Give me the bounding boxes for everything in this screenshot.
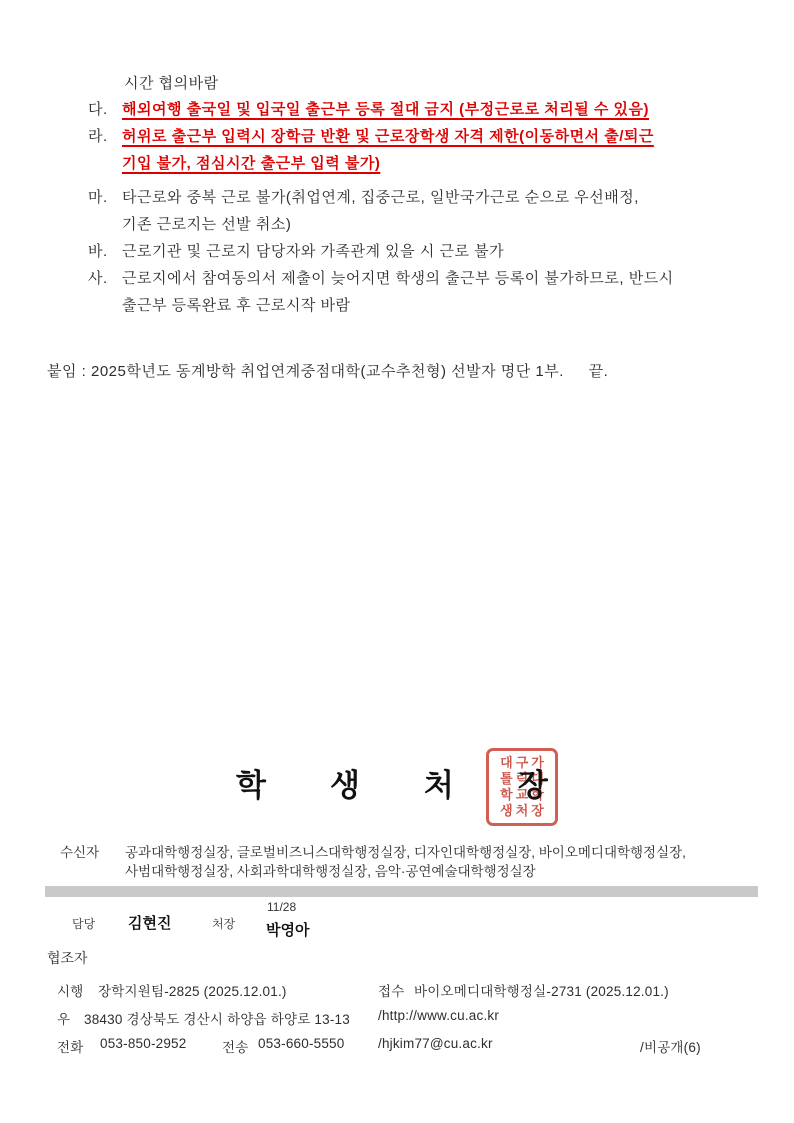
recipients-line: 공과대학행정실장, 글로벌비즈니스대학행정실장, 디자인대학행정실장, 바이오메… xyxy=(125,843,760,862)
phone-number: 053-850-2952 xyxy=(100,1036,186,1051)
signer-title-char: 장 xyxy=(518,760,548,805)
list-item-text: 출근부 등록완료 후 근로시작 바람 xyxy=(122,292,760,319)
enforce-value: 장학지원팀-2825 (2025.12.01.) xyxy=(98,980,287,1000)
list-item-text: 근로지에서 참여동의서 제출이 늦어지면 학생의 출근부 등록이 불가하므로, … xyxy=(122,265,760,292)
signer-title: 학 생 처 장 xyxy=(236,760,548,805)
fax-number: 053-660-5550 xyxy=(258,1036,344,1051)
signature-date: 11/28 xyxy=(267,900,296,914)
signer-title-char: 처 xyxy=(424,760,454,805)
enforce-label: 시행 xyxy=(57,980,83,1000)
list-item-sa: 사. 근로지에서 참여동의서 제출이 늦어지면 학생의 출근부 등록이 불가하므… xyxy=(88,265,760,319)
list-item-ma: 마. 타근로와 중복 근로 불가(취업연계, 집중근로, 일반국가근로 순으로 … xyxy=(88,184,760,238)
signer-title-char: 생 xyxy=(330,760,360,805)
list-item-da: 다. 해외여행 출국일 및 입국일 출근부 등록 절대 금지 (부정근로로 처리… xyxy=(88,96,760,123)
list-item-text: 기존 근로지는 선발 취소) xyxy=(122,211,760,238)
attachment-text: 붙임 : 2025학년도 동계방학 취업연계중점대학(교수추천형) 선발자 명단… xyxy=(47,363,564,380)
recipients-label: 수신자 xyxy=(60,843,99,862)
list-item-marker: 라. xyxy=(88,123,108,150)
email-text: /hjkim77@cu.ac.kr xyxy=(378,1036,493,1051)
fax-label: 전송 xyxy=(222,1036,248,1056)
website-text: /http://www.cu.ac.kr xyxy=(378,1008,499,1023)
list-item-marker: 마. xyxy=(88,184,108,211)
list-item-text: 해외여행 출국일 및 입국일 출근부 등록 절대 금지 (부정근로로 처리될 수… xyxy=(122,96,760,123)
list-item-ra: 라. 허위로 출근부 입력시 장학금 반환 및 근로장학생 자격 제한(이동하면… xyxy=(88,123,760,177)
seal-text-row: 생처장 xyxy=(497,803,547,819)
phone-label: 전화 xyxy=(57,1036,83,1056)
cooperator-label: 협조자 xyxy=(47,948,88,968)
list-item-marker: 다. xyxy=(88,96,108,123)
body-list: 다. 해외여행 출국일 및 입국일 출근부 등록 절대 금지 (부정근로로 처리… xyxy=(88,96,760,319)
divider-bar xyxy=(45,886,758,897)
list-item-ba: 바. 근로기관 및 근로지 담당자와 가족관계 있을 시 근로 불가 xyxy=(88,238,760,265)
list-item-text: 타근로와 중복 근로 불가(취업연계, 집중근로, 일반국가근로 순으로 우선배… xyxy=(122,184,760,211)
attachment-line: 붙임 : 2025학년도 동계방학 취업연계중점대학(교수추천형) 선발자 명단… xyxy=(47,358,608,385)
receipt-value: 바이오메디대학행정실-2731 (2025.12.01.) xyxy=(414,980,669,1000)
document-end-mark: 끝. xyxy=(589,363,609,380)
manager-label: 담당 xyxy=(72,915,95,932)
official-document-page: 시간 협의바람 다. 해외여행 출국일 및 입국일 출근부 등록 절대 금지 (… xyxy=(0,0,794,1123)
signer-title-char: 학 xyxy=(236,760,266,805)
list-item-text: 허위로 출근부 입력시 장학금 반환 및 근로장학생 자격 제한(이동하면서 출… xyxy=(122,123,760,150)
list-item-marker: 바. xyxy=(88,238,108,265)
director-signature-name: 박영아 xyxy=(266,919,309,940)
recipients-block: 수신자 공과대학행정실장, 글로벌비즈니스대학행정실장, 디자인대학행정실장, … xyxy=(60,843,760,881)
director-label: 처장 xyxy=(212,915,235,932)
body-intro-line: 시간 협의바람 xyxy=(124,70,219,97)
address-text: 38430 경상북도 경산시 하양읍 하양로 13-13 xyxy=(84,1008,350,1028)
list-item-text: 기입 불가, 점심시간 출근부 입력 불가) xyxy=(122,150,760,177)
list-item-marker: 사. xyxy=(88,265,108,292)
list-item-text: 근로기관 및 근로지 담당자와 가족관계 있을 시 근로 불가 xyxy=(122,238,760,265)
manager-name: 김현진 xyxy=(128,912,171,933)
receipt-label: 접수 xyxy=(378,980,404,1000)
zip-label: 우 xyxy=(57,1008,70,1028)
disclosure-text: /비공개(6) xyxy=(640,1036,701,1056)
recipients-line: 사범대학행정실장, 사회과학대학행정실장, 음악·공연예술대학행정실장 xyxy=(125,862,760,881)
